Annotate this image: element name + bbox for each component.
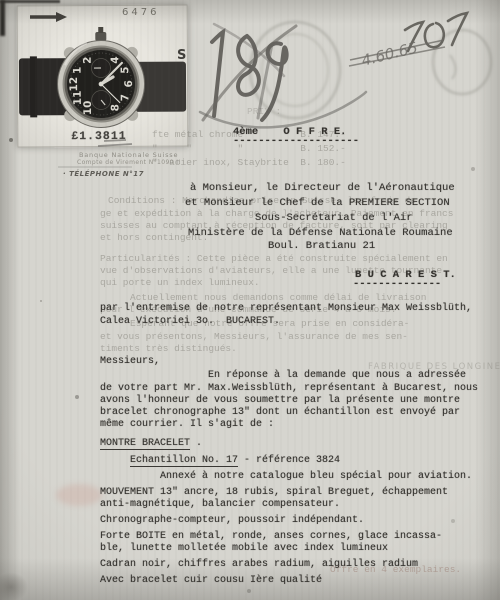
bleedthrough-line: PRIX : xyxy=(247,106,281,117)
spec-line: MOUVEMENT 13" ancre, 18 rubis, spiral Br… xyxy=(100,487,448,498)
watch-pusher xyxy=(98,27,103,33)
body-line: avons l'honneur de vous soumettre par la… xyxy=(100,395,460,406)
paper-specks xyxy=(0,0,2,2)
salutation: Messieurs, xyxy=(100,356,160,367)
dial-numeral: 1 xyxy=(72,67,84,74)
spec-line: Chronographe-compteur, poussoir indépend… xyxy=(100,515,364,526)
recipient-line: Boul. Bratianu 21 xyxy=(268,240,375,252)
bleedthrough-line: Actuellement nous demandons comme délai … xyxy=(130,292,426,303)
watch-photograph: 1245678101112 £1.3811 xyxy=(17,5,189,148)
dial-numeral: 5 xyxy=(119,66,131,73)
handwritten-crossed-number: 4.60.65 xyxy=(349,38,445,69)
sample-line: Echantillon No. 17 - référence 3824 xyxy=(130,455,340,466)
bleedthrough-line: timents très distingués. xyxy=(100,343,237,354)
dial-numeral: 2 xyxy=(82,57,94,64)
recipient-city-underline: -------------- xyxy=(353,278,441,290)
product-heading-suffix: . xyxy=(190,438,202,449)
page-edge-shadow xyxy=(0,0,5,36)
dial-numeral: 11 xyxy=(72,91,84,106)
recipient-line: à Monsieur, le Directeur de l'Aéronautiq… xyxy=(190,182,455,194)
sample-label-underlined: Echantillon No. 17 xyxy=(130,455,238,467)
sample-reference: - référence 3824 xyxy=(238,455,340,466)
body-line: même courrier. Il s'agit de : xyxy=(100,419,274,430)
handwritten-scribble xyxy=(200,24,366,127)
body-line: bracelet chronographe 13" dont un échant… xyxy=(100,407,460,418)
recipient-line: Sous-Secrétariat de l'Air xyxy=(255,212,413,224)
wristwatch-image: 1245678101112 xyxy=(17,5,189,148)
body-line: En réponse à la demande que nous a adres… xyxy=(208,370,466,381)
via-line: Calea Victoriei 3o. BUCAREST. xyxy=(100,316,280,327)
spec-line: Cadran noir, chiffres arabes radium, aig… xyxy=(100,559,418,570)
watch-crown xyxy=(95,32,106,41)
ink-smudge xyxy=(56,484,102,506)
page-edge-shadow xyxy=(0,0,60,3)
strap-keeper xyxy=(30,56,37,117)
spec-line: Forte BOITE en métal, ronde, anses corne… xyxy=(100,531,442,542)
photo-number: 6476 xyxy=(122,7,159,18)
bleedthrough-line: qui porte un index lumineux. xyxy=(100,277,260,288)
letterhead-phone: · TÉLÉPHONE N°17 xyxy=(63,170,144,178)
bleedthrough-line: et vous présentons, Messieurs, l'assuran… xyxy=(100,331,408,342)
body-line: de votre part Mr. Max.Weissblüth, représ… xyxy=(100,383,478,394)
dial-numeral: 4 xyxy=(109,56,121,63)
letterhead-partial-letter: S xyxy=(177,48,186,63)
spec-line: Avec bracelet cuir cousu Ière qualité xyxy=(100,575,322,586)
spec-line: Annexé à notre catalogue bleu spécial po… xyxy=(160,471,472,482)
product-heading-underlined: MONTRE BRACELET xyxy=(100,438,190,450)
spec-line: ble, lunette molletée mobile avec index … xyxy=(100,543,388,554)
offer-title-underline: -------------------- xyxy=(233,135,359,147)
dial-numeral: 8 xyxy=(109,104,121,111)
stamp-circle xyxy=(250,22,491,118)
bleedthrough-line: Particularités : Cette pièce a été const… xyxy=(100,253,448,264)
hands-cap xyxy=(99,82,104,87)
dial-numeral: 6 xyxy=(123,80,135,87)
dial-numeral: 12 xyxy=(68,77,80,92)
negative-number: £1.3811 xyxy=(71,130,126,143)
via-line: par l'entremise de notre représentant Mo… xyxy=(100,303,472,314)
svg-text:4.60.65: 4.60.65 xyxy=(360,38,420,69)
recipient-line: Ministère de la Défense Nationale Roumai… xyxy=(188,227,453,239)
product-heading: MONTRE BRACELET . xyxy=(100,438,202,449)
dial-numeral: 7 xyxy=(119,94,131,101)
scanned-letter-page: 1245678101112 £1.3811 6476 S Banque Nati… xyxy=(0,0,500,600)
bleedthrough-line: " acier inox, Staybrite B. 180.- xyxy=(152,157,346,168)
spec-line: anti-magnétique, balancier compensateur. xyxy=(100,499,340,510)
handwritten-folio-number xyxy=(405,13,467,51)
paper-blotch xyxy=(0,572,28,600)
recipient-line: et Monsieur le Chef de la PREMIERE SECTI… xyxy=(185,197,450,209)
